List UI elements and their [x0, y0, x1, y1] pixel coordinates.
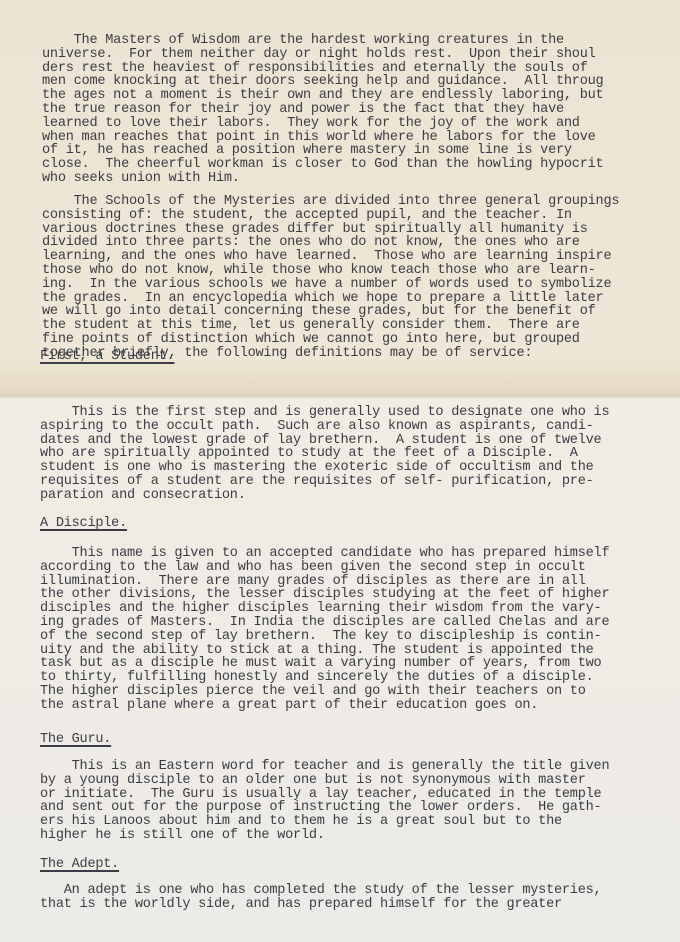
paragraph-line: the grades. In an encyclopedia which we …: [42, 292, 603, 305]
section-line: according to the law and who has been gi…: [40, 561, 586, 574]
section-line: dates and the lowest grade of lay brethe…: [40, 434, 601, 447]
paragraph-line: the true reason for their joy and power …: [42, 103, 564, 116]
section-heading: The Adept.: [40, 858, 119, 871]
paragraph-line: consisting of: the student, the accepted…: [42, 209, 572, 222]
paper-fold-line: [0, 390, 680, 400]
section-heading: A Disciple.: [40, 517, 127, 530]
paragraph-line: the ages not a moment is their own and t…: [42, 89, 603, 102]
section-line: The higher disciples pierce the veil and…: [40, 685, 586, 698]
section-line: An adept is one who has completed the st…: [40, 884, 601, 897]
section-line: This is the first step and is generally …: [40, 406, 609, 419]
section-line: task but as a disciple he must wait a va…: [40, 657, 601, 670]
paragraph-line: universe. For them neither day or night …: [42, 48, 596, 61]
paragraph-line: of it, he has reached a position where m…: [42, 144, 572, 157]
paragraph-line: who seeks union with Him.: [42, 172, 240, 185]
typewritten-page: The Masters of Wisdom are the hardest wo…: [0, 0, 680, 942]
paragraph-line: ing. In the various schools we have a nu…: [42, 278, 611, 291]
section-line: This name is given to an accepted candid…: [40, 547, 609, 560]
section-line: the other divisions, the lesser disciple…: [40, 588, 609, 601]
section-line: requisites of a student are the requisit…: [40, 475, 594, 488]
paragraph-line: The Schools of the Mysteries are divided…: [42, 195, 619, 208]
section-line: the astral plane where a great part of t…: [40, 699, 538, 712]
section-line: disciples and the higher disciples learn…: [40, 602, 601, 615]
section-line: or initiate. The Guru is usually a lay t…: [40, 788, 601, 801]
paragraph-line: fine points of distinction which we cann…: [42, 333, 580, 346]
paragraph-line: when man reaches that point in this worl…: [42, 131, 596, 144]
section-heading: First, a Student.: [40, 350, 174, 363]
section-heading: The Guru.: [40, 733, 111, 746]
section-line: of the second step of lay brethern. The …: [40, 630, 601, 643]
section-line: who are spiritually appointed to study a…: [40, 447, 578, 460]
section-line: This is an Eastern word for teacher and …: [40, 760, 609, 773]
paragraph-line: learning, and the ones who have learned.…: [42, 250, 611, 263]
section-line: student is one who is mastering the exot…: [40, 461, 594, 474]
section-line: by a young disciple to an older one but …: [40, 774, 586, 787]
section-line: higher he is still one of the world.: [40, 829, 325, 842]
paragraph-line: various doctrines these grades differ bu…: [42, 223, 588, 236]
paragraph-line: The Masters of Wisdom are the hardest wo…: [42, 34, 564, 47]
section-line: paration and consecration.: [40, 489, 246, 502]
section-line: ers his Lanoos about him and to them he …: [40, 815, 562, 828]
section-line: aspiring to the occult path. Such are al…: [40, 420, 594, 433]
paragraph-line: divided into three parts: the ones who d…: [42, 236, 580, 249]
paragraph-line: ders rest the heaviest of responsibiliti…: [42, 62, 588, 75]
paragraph-line: close. The cheerful workman is closer to…: [42, 158, 603, 171]
section-line: to thirty, fulfilling honestly and since…: [40, 671, 594, 684]
paragraph-line: the student at this time, let us general…: [42, 319, 580, 332]
section-line: illumination. There are many grades of d…: [40, 575, 586, 588]
paragraph-line: we will go into detail concerning these …: [42, 305, 596, 318]
paragraph-line: men come knocking at their doors seeking…: [42, 75, 603, 88]
section-line: ing grades of Masters. In India the disc…: [40, 616, 609, 629]
section-line: and sent out for the purpose of instruct…: [40, 801, 601, 814]
paragraph-line: learned to love their labors. They work …: [42, 117, 580, 130]
section-line: uity and the ability to stick at a thing…: [40, 644, 594, 657]
paragraph-line: those who do not know, while those who k…: [42, 264, 596, 277]
section-line: that is the worldly side, and has prepar…: [40, 898, 562, 911]
